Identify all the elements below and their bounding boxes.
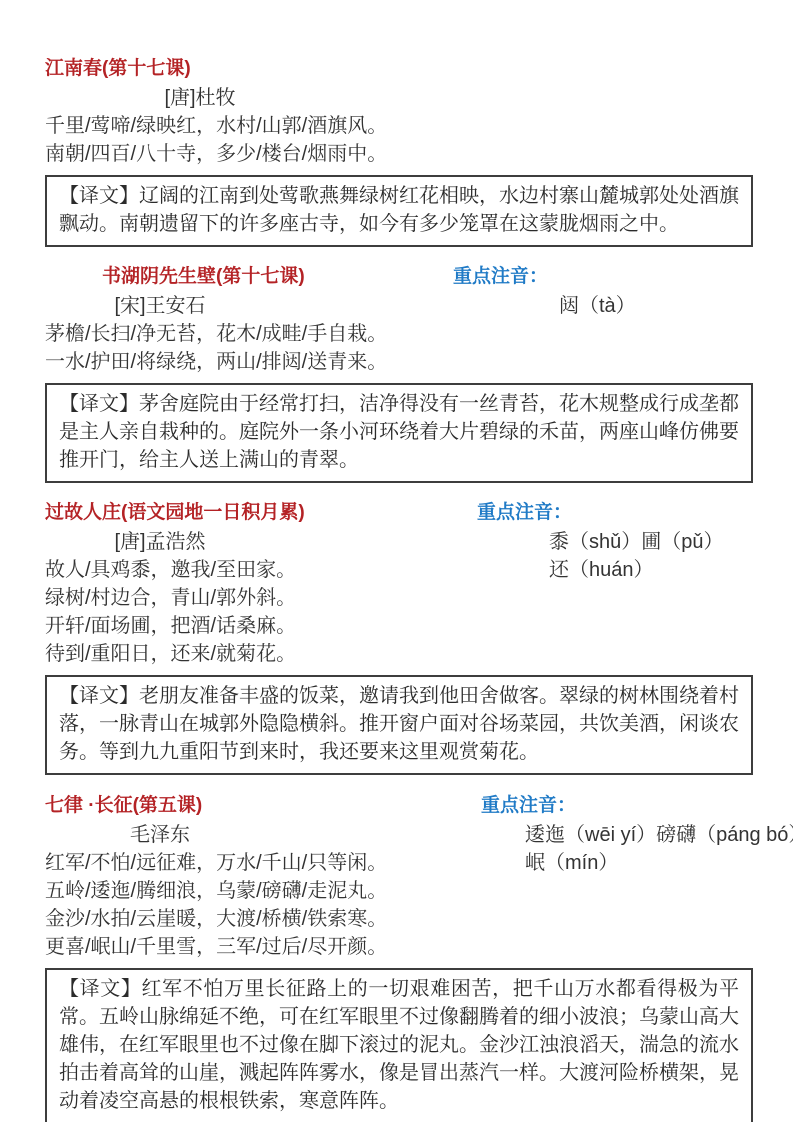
phonetic-entry: 逶迤（wēi yí）磅礴（páng bó）: [481, 821, 793, 849]
phonetic-notes: 重点注音： 黍（shǔ）圃（pǔ） 还（huán）: [477, 498, 793, 584]
poem-author: 毛泽东: [45, 821, 275, 849]
translation-box: 【译文】茅舍庭院由于经常打扫，洁净得没有一丝青苔，花木规整成行成垄都是主人亲自栽…: [45, 383, 753, 483]
translation-box: 【译文】辽阔的江南到处莺歌燕舞绿树红花相映，水边村寨山麓城郭处处酒旗飘动。南朝遗…: [45, 175, 753, 247]
poem-author: [唐]孟浩然: [45, 528, 275, 556]
poem-line: 更喜/岷山/千里雪，三军/过后/尽开颜。: [45, 933, 753, 961]
phonetic-entry: 岷（mín）: [481, 849, 793, 877]
phonetic-entry: 还（huán）: [477, 556, 793, 584]
poem-section-changzheng: 七律 ·长征(第五课) 毛泽东 红军/不怕/远征难，万水/千山/只等闲。 五岭/…: [45, 791, 753, 961]
poem-line: 待到/重阳日，还来/就菊花。: [45, 640, 753, 668]
poem-title: 江南春(第十七课): [45, 54, 753, 84]
poem-line: 千里/莺啼/绿映红，水村/山郭/酒旗风。: [45, 112, 753, 140]
poem-author: [唐]杜牧: [45, 84, 355, 112]
poem-line: 开轩/面场圃，把酒/话桑麻。: [45, 612, 753, 640]
poem-line: 茅檐/长扫/净无苔，花木/成畦/手自栽。: [45, 320, 753, 348]
poem-line: 金沙/水拍/云崖暖，大渡/桥横/铁索寒。: [45, 905, 753, 933]
phonetic-notes: 重点注音： 逶迤（wēi yí）磅礴（páng bó） 岷（mín）: [481, 791, 793, 877]
poem-section-jiangnanchun: 江南春(第十七课) [唐]杜牧 千里/莺啼/绿映红，水村/山郭/酒旗风。 南朝/…: [45, 54, 753, 168]
poem-line: 五岭/逶迤/腾细浪，乌蒙/磅礴/走泥丸。: [45, 877, 753, 905]
poem-line: 绿树/村边合，青山/郭外斜。: [45, 584, 753, 612]
phonetic-entry: 闼（tà）: [453, 292, 783, 320]
document-page: 江南春(第十七课) [唐]杜牧 千里/莺啼/绿映红，水村/山郭/酒旗风。 南朝/…: [0, 0, 793, 1122]
phonetic-label: 重点注音：: [477, 498, 793, 528]
poem-author: [宋]王安石: [45, 292, 275, 320]
poem-section-shuhuyin: 书湖阴先生壁(第十七课) [宋]王安石 茅檐/长扫/净无苔，花木/成畦/手自栽。…: [45, 262, 753, 376]
translation-box: 【译文】红军不怕万里长征路上的一切艰难困苦，把千山万水都看得极为平常。五岭山脉绵…: [45, 968, 753, 1122]
phonetic-notes: 重点注音： 闼（tà）: [453, 262, 783, 320]
poem-line: 一水/护田/将绿绕，两山/排闼/送青来。: [45, 348, 753, 376]
phonetic-label: 重点注音：: [453, 262, 783, 292]
translation-box: 【译文】老朋友准备丰盛的饭菜，邀请我到他田舍做客。翠绿的树林围绕着村落，一脉青山…: [45, 675, 753, 775]
poem-section-guogurenzhuang: 过故人庄(语文园地一日积月累) [唐]孟浩然 故人/具鸡黍，邀我/至田家。 绿树…: [45, 498, 753, 668]
phonetic-entry: 黍（shǔ）圃（pǔ）: [477, 528, 793, 556]
phonetic-label: 重点注音：: [481, 791, 793, 821]
poem-line: 南朝/四百/八十寺，多少/楼台/烟雨中。: [45, 140, 753, 168]
